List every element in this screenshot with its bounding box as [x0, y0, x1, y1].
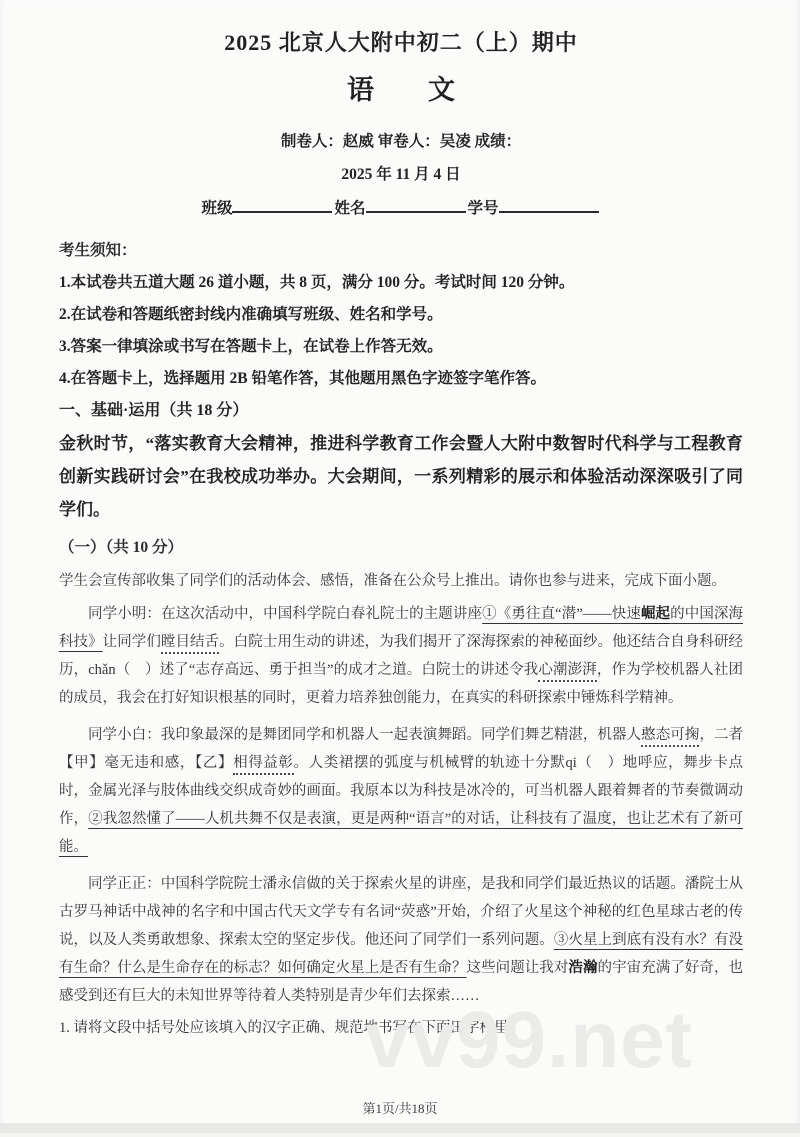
notice-item-1: 1.本试卷共五道大题 26 道小题，共 8 页，满分 100 分。考试时间 12…	[59, 273, 743, 293]
notice-heading: 考生须知：	[59, 241, 743, 261]
section-one-intro: 金秋时节，“落实教育大会精神，推进科学教育工作会暨人大附中数智时代科学与工程教育…	[59, 427, 743, 526]
exam-title: 2025 北京人大附中初二（上）期中	[59, 28, 743, 58]
notice-item-2: 2.在试卷和答题纸密封线内准确填写班级、姓名和学号。	[59, 305, 743, 325]
name-blank-line	[366, 198, 466, 213]
paragraph-zhengzheng: 同学正正：中国科学院院士潘永信做的关于探索火星的讲座，是我和同学们最近热议的话题…	[59, 870, 743, 1010]
page-number-footer: 第1页/共18页	[0, 1098, 800, 1117]
page-edge-bar	[0, 1123, 800, 1133]
exam-paper-page: vv99.net 2025 北京人大附中初二（上）期中 语 文 制卷人：赵威 审…	[0, 0, 800, 1137]
part-one-lead: 学生会宣传部收集了同学们的活动体会、感悟，准备在公众号上推出。请你也参与进来，完…	[59, 571, 743, 591]
section-one-heading: 一、基础·运用（共 18 分）	[59, 400, 743, 422]
class-label: 班级	[201, 200, 232, 217]
part-one-heading: （一）（共 10 分）	[59, 537, 743, 558]
notice-item-3: 3.答案一律填涂或书写在答题卡上，在试卷上作答无效。	[59, 337, 743, 357]
page-edge-strip	[0, 1133, 800, 1137]
name-label: 姓名	[334, 200, 365, 217]
section-one-basics: 一、基础·运用（共 18 分） 金秋时节，“落实教育大会精神，推进科学教育工作会…	[59, 400, 743, 1038]
class-blank-line	[232, 198, 332, 213]
question-1: 1. 请将文段中括号处应该填入的汉字正确、规范地书写在下面田字格里。	[59, 1018, 743, 1038]
notice-item-4: 4.在答题卡上，选择题用 2B 铅笔作答，其他题用黑色字迹签字笔作答。	[59, 369, 743, 389]
student-info-row: 班级姓名学号	[59, 198, 743, 220]
exam-header: 2025 北京人大附中初二（上）期中 语 文 制卷人：赵威 审卷人：吴凌 成绩：…	[59, 28, 743, 220]
makers-line: 制卷人：赵威 审卷人：吴凌 成绩：	[59, 132, 743, 152]
exam-date: 2025 年 11 月 4 日	[59, 165, 743, 185]
notice-section: 考生须知： 1.本试卷共五道大题 26 道小题，共 8 页，满分 100 分。考…	[59, 241, 743, 389]
studentid-blank-line	[499, 198, 599, 213]
subject-title: 语 文	[59, 72, 743, 108]
paragraph-xiaobai: 同学小白：我印象最深的是舞团同学和机器人一起表演舞蹈。同学们舞艺精湛，机器人憨态…	[59, 721, 743, 861]
paragraph-xiaoming: 同学小明：在这次活动中，中国科学院白春礼院士的主题讲座①《勇往直“潜”——快速崛…	[59, 600, 743, 712]
studentid-label: 学号	[468, 200, 499, 217]
